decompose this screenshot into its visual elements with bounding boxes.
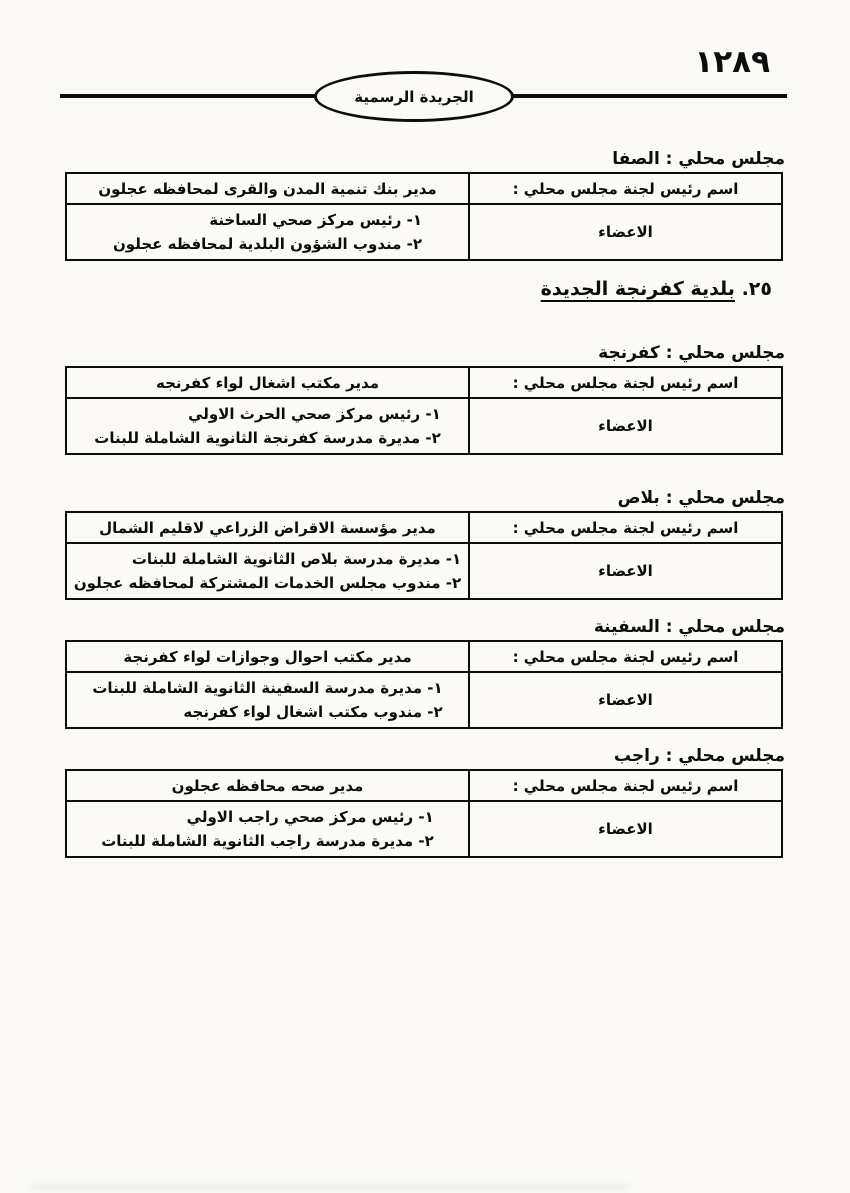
member-item: ١- رئيس مركز صحي الساخنة: [113, 208, 422, 232]
members-label-cell: الاعضاء: [469, 204, 782, 260]
member-item: ١- رئيس مركز صحي الحرث الاولي: [94, 402, 441, 426]
chairman-label-cell: اسم رئيس لجنة مجلس محلي :: [469, 770, 782, 801]
municipality-number: ٢٥.: [742, 278, 772, 300]
chairman-label-cell: اسم رئيس لجنة مجلس محلي :: [469, 173, 782, 204]
council-heading-rajib: مجلس محلي : راجب: [0, 743, 785, 769]
chairman-value-cell: مدير مكتب احوال وجوازات لواء كفرنجة: [66, 641, 469, 672]
chairman-value-cell: مدير صحه محافظه عجلون: [66, 770, 469, 801]
members-label-cell: الاعضاء: [469, 801, 782, 857]
chairman-row: اسم رئيس لجنة مجلس محلي : مدير بنك تنمية…: [66, 173, 782, 204]
members-label-cell: الاعضاء: [469, 672, 782, 728]
member-item: ٢- مندوب الشؤون البلدية لمحافظه عجلون: [113, 232, 422, 256]
members-value-cell: ١- رئيس مركز صحي الساخنة ٢- مندوب الشؤون…: [66, 204, 469, 260]
council-table-safina: اسم رئيس لجنة مجلس محلي : مدير مكتب احوا…: [65, 640, 783, 729]
masthead-oval: الجريدة الرسمية: [314, 71, 514, 122]
chairman-label-cell: اسم رئيس لجنة مجلس محلي :: [469, 512, 782, 543]
council-heading-safina: مجلس محلي : السفينة: [0, 614, 785, 640]
chairman-row: اسم رئيس لجنة مجلس محلي : مدير صحه محافظ…: [66, 770, 782, 801]
council-table-rajib: اسم رئيس لجنة مجلس محلي : مدير صحه محافظ…: [65, 769, 783, 858]
chairman-value-cell: مدير مكتب اشغال لواء كفرنجه: [66, 367, 469, 398]
members-value-cell: ١- مديرة مدرسة السفينة الثانوية الشاملة …: [66, 672, 469, 728]
members-row: الاعضاء ١- مديرة مدرسة بلاص الثانوية الش…: [66, 543, 782, 599]
member-item: ١- مديرة مدرسة السفينة الثانوية الشاملة …: [92, 676, 442, 700]
council-table-safa: اسم رئيس لجنة مجلس محلي : مدير بنك تنمية…: [65, 172, 783, 261]
municipality-heading: ٢٥. بلدية كفرنجة الجديدة: [0, 274, 772, 304]
members-label-cell: الاعضاء: [469, 543, 782, 599]
gazette-page: ١٢٨٩ الجريدة الرسمية مجلس محلي : الصفا ا…: [0, 0, 850, 1193]
member-item: ٢- مديرة مدرسة كفرنجة الثانوية الشاملة ل…: [94, 426, 441, 450]
masthead-title: الجريدة الرسمية: [354, 88, 473, 106]
council-heading-safa: مجلس محلي : الصفا: [0, 146, 785, 172]
members-value-cell: ١- مديرة مدرسة بلاص الثانوية الشاملة للب…: [66, 543, 469, 599]
members-value-cell: ١- رئيس مركز صحي الحرث الاولي ٢- مديرة م…: [66, 398, 469, 454]
council-heading-kufranja: مجلس محلي : كفرنجة: [0, 340, 785, 366]
chairman-row: اسم رئيس لجنة مجلس محلي : مدير مكتب اشغا…: [66, 367, 782, 398]
chairman-label-cell: اسم رئيس لجنة مجلس محلي :: [469, 367, 782, 398]
council-table-balas: اسم رئيس لجنة مجلس محلي : مدير مؤسسة الا…: [65, 511, 783, 600]
page-number: ١٢٨٩: [694, 44, 770, 80]
council-table-kufranja: اسم رئيس لجنة مجلس محلي : مدير مكتب اشغا…: [65, 366, 783, 455]
page-content: مجلس محلي : الصفا اسم رئيس لجنة مجلس محل…: [0, 0, 850, 858]
members-row: الاعضاء ١- رئيس مركز صحي الحرث الاولي ٢-…: [66, 398, 782, 454]
members-row: الاعضاء ١- مديرة مدرسة السفينة الثانوية …: [66, 672, 782, 728]
scan-artifact: [30, 1184, 630, 1190]
members-row: الاعضاء ١- رئيس مركز صحي راجب الاولي ٢- …: [66, 801, 782, 857]
chairman-label-cell: اسم رئيس لجنة مجلس محلي :: [469, 641, 782, 672]
members-value-cell: ١- رئيس مركز صحي راجب الاولي ٢- مديرة مد…: [66, 801, 469, 857]
chairman-row: اسم رئيس لجنة مجلس محلي : مدير مكتب احوا…: [66, 641, 782, 672]
members-label-cell: الاعضاء: [469, 398, 782, 454]
member-item: ١- مديرة مدرسة بلاص الثانوية الشاملة للب…: [74, 547, 461, 571]
member-item: ٢- مديرة مدرسة راجب الثانوية الشاملة للب…: [101, 829, 434, 853]
chairman-value-cell: مدير مؤسسة الاقراض الزراعي لاقليم الشمال: [66, 512, 469, 543]
members-row: الاعضاء ١- رئيس مركز صحي الساخنة ٢- مندو…: [66, 204, 782, 260]
chairman-value-cell: مدير بنك تنمية المدن والقرى لمحافظه عجلو…: [66, 173, 469, 204]
member-item: ١- رئيس مركز صحي راجب الاولي: [101, 805, 434, 829]
member-item: ٢- مندوب مجلس الخدمات المشتركة لمحافظه ع…: [74, 571, 461, 595]
municipality-title: بلدية كفرنجة الجديدة: [541, 278, 735, 300]
council-heading-balas: مجلس محلي : بلاص: [0, 485, 785, 511]
chairman-row: اسم رئيس لجنة مجلس محلي : مدير مؤسسة الا…: [66, 512, 782, 543]
member-item: ٢- مندوب مكتب اشغال لواء كفرنجه: [92, 700, 442, 724]
